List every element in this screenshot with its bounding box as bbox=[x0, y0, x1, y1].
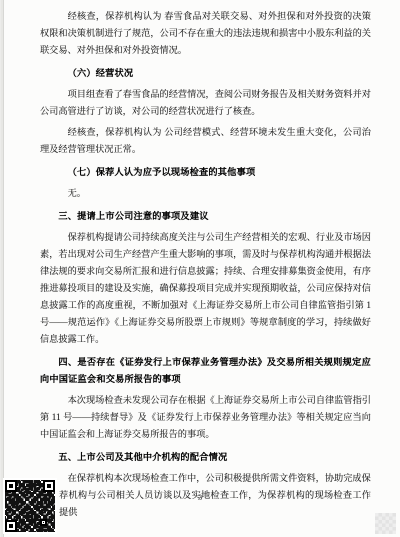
paragraph: 经核查，保荐机构认为 公司经营模式、经营环境未发生重大变化，公司治理及经营管理状… bbox=[40, 124, 371, 158]
paragraph: 保荐机构提请公司持续高度关注与公司生产经营相关的宏观、行业及市场因素，若出现对公… bbox=[40, 229, 371, 348]
paragraph: 在保荐机构本次现场检查工作中，公司积极提供所需文件资料，协助完成保 bbox=[40, 470, 371, 487]
paragraph: 项目组查看了春雪食品的经营情况，查阅公司财务报告及相关财务资料并对公司高管进行了… bbox=[40, 86, 371, 120]
qr-code-icon bbox=[3, 478, 57, 534]
section-heading-7: （七）保荐人认为应予以现场检查的其他事项 bbox=[40, 164, 371, 181]
chapter-heading-4: 四、是否存在《证券发行上市保荐业务管理办法》及交易所相关规则规定应向中国证监会和… bbox=[40, 354, 371, 388]
paragraph-none: 无。 bbox=[40, 185, 371, 202]
qr-finder-icon bbox=[5, 480, 17, 492]
paragraph: 经核查，保荐机构认为 春雪食品对关联交易、对外担保和对外投资的决策权限和决策机制… bbox=[40, 8, 371, 59]
paragraph: 本次现场检查未发现公司存在根据《上海证券交易所上市公司自律监管指引第 11 号—… bbox=[40, 392, 371, 443]
scan-artifact-patch bbox=[375, 513, 396, 534]
document-page: 经核查，保荐机构认为 春雪食品对关联交易、对外担保和对外投资的决策权限和决策机制… bbox=[0, 0, 400, 537]
page-edge-line bbox=[3, 0, 4, 537]
qr-finder-icon bbox=[5, 520, 17, 532]
qr-modules bbox=[5, 480, 55, 532]
chapter-heading-3: 三、提请上市公司注意的事项及建议 bbox=[40, 208, 371, 225]
qr-alignment-icon bbox=[40, 519, 47, 526]
section-heading-6: （六）经营状况 bbox=[40, 65, 371, 82]
page-number: 3 bbox=[0, 492, 400, 502]
chapter-heading-5: 五、上市公司及其他中介机构的配合情况 bbox=[40, 449, 371, 466]
document-text-block: 经核查，保荐机构认为 春雪食品对关联交易、对外担保和对外投资的决策权限和决策机制… bbox=[40, 8, 371, 521]
qr-finder-icon bbox=[43, 480, 55, 492]
